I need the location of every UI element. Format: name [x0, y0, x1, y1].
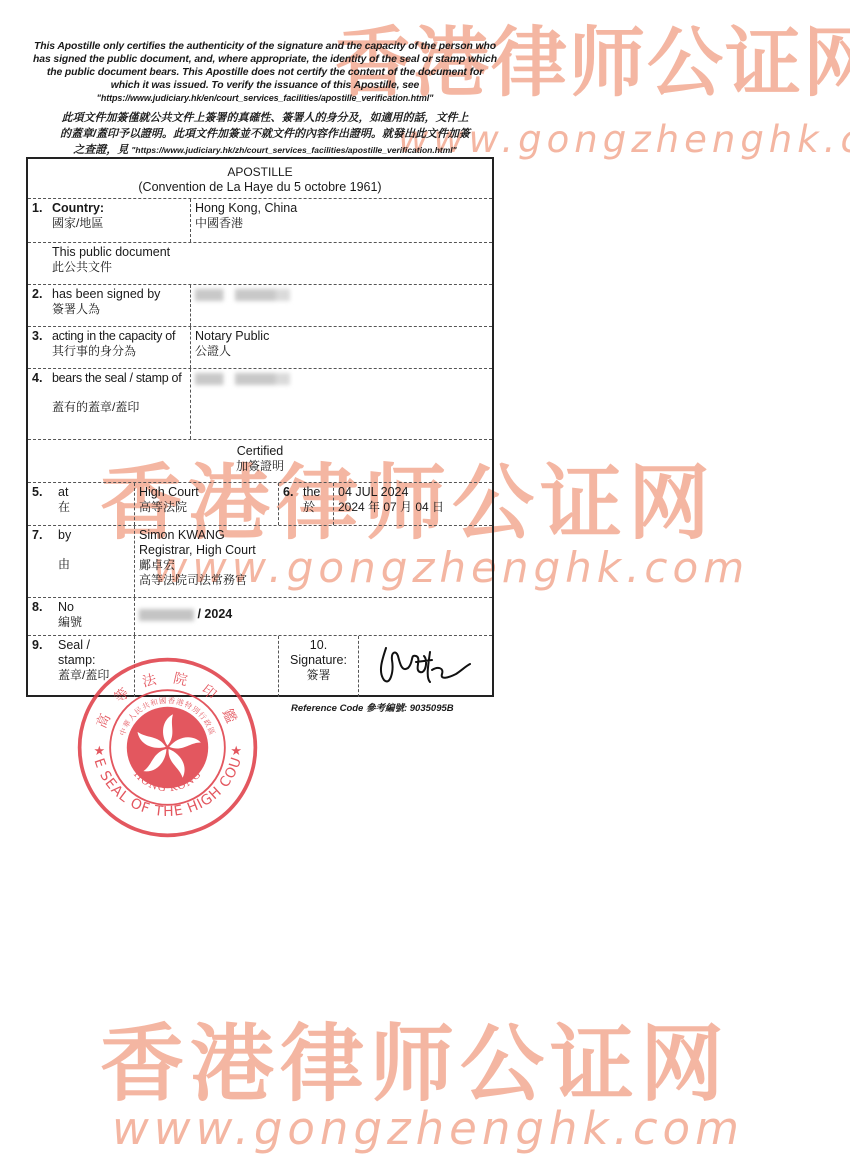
preamble-zh-prefix: 之查證，見 [73, 144, 128, 156]
preamble-line: the public document bears. This Apostill… [30, 66, 500, 79]
field-label: Signature: [290, 653, 347, 667]
field-number: 4. [32, 371, 52, 437]
field-label-zh: 在 [58, 500, 130, 515]
date-value: 04 JUL 2024 [338, 485, 488, 500]
registrar-title-zh: 高等法院司法常務官 [139, 573, 488, 588]
reference-code: Reference Code 參考編號: 9035095B [291, 700, 454, 714]
apostille-subtitle: (Convention de La Haye du 5 octobre 1961… [28, 180, 492, 194]
field-signed-by: 2. has been signed by 簽署人為 [28, 285, 492, 327]
certified-heading: Certified 加簽證明 [28, 440, 492, 483]
preamble-zh-line: 此項文件加簽僅就公共文件上簽署的真確性、簽署人的身分及，如適用的話，文件上 [30, 110, 500, 126]
certified-label: Certified [236, 444, 284, 459]
date-value-zh: 2024 年 07 月 04 日 [338, 500, 488, 515]
field-number-no: 8. No 編號 / 2024 [28, 598, 492, 636]
field-capacity: 3. acting in the capacity of 其行事的身分為 Not… [28, 327, 492, 369]
field-label: acting in the capacity of [52, 329, 186, 344]
field-label: has been signed by [52, 287, 186, 302]
preamble-zh-line: 的蓋章/蓋印予以證明。此項文件加簽並不就文件的內容作出證明。就發出此文件加簽 [30, 126, 500, 142]
field-label: Country: [52, 201, 186, 216]
field-label: the [303, 485, 329, 500]
country-value-zh: 中國香港 [195, 216, 488, 231]
apostille-header: APOSTILLE (Convention de La Haye du 5 oc… [28, 159, 492, 199]
watermark-zh-bottom: 香港律师公证网 [100, 997, 730, 1118]
redacted-seal-owner [195, 373, 290, 385]
apostille-title: APOSTILLE [28, 165, 492, 179]
field-number: 7. [32, 528, 52, 595]
field-label: at [58, 485, 130, 500]
redacted-apostille-number [139, 609, 194, 621]
field-label: by [58, 528, 130, 543]
field-label-zh: 由 [58, 557, 130, 572]
capacity-value: Notary Public [195, 329, 488, 344]
registrar-name-zh: 鄺卓宏 [139, 558, 488, 573]
field-label: No [58, 600, 130, 615]
field-label-zh: 蓋有的蓋章/蓋印 [52, 400, 186, 415]
svg-text:★: ★ [230, 743, 242, 758]
field-label-zh: 於 [303, 500, 329, 515]
field-number: 8. [32, 600, 52, 633]
registrar-title: Registrar, High Court [139, 543, 488, 558]
field-by: 7. by 由 Simon KWANG Registrar, High Cour… [28, 526, 492, 598]
field-public-document: This public document 此公共文件 [28, 243, 492, 285]
registrar-name: Simon KWANG [139, 528, 488, 543]
high-court-seal-icon: 高 等 法 院 印 鑑 中華人民共和國香港特別行政區 HONG KONG THE… [75, 655, 260, 840]
preamble-zh-line: 之查證，見 "https://www.judiciary.hk/zh/court… [30, 142, 500, 158]
place-value-zh: 高等法院 [139, 500, 274, 515]
field-label: bears the seal / stamp of [52, 371, 186, 386]
preamble-line: has signed the public document, and, whe… [30, 53, 500, 66]
field-number: 9. [32, 638, 52, 695]
place-value: High Court [139, 485, 274, 500]
capacity-value-zh: 公證人 [195, 344, 488, 359]
field-number: 10. [310, 638, 327, 652]
watermark-url-bottom: www.gongzhenghk.com [112, 1102, 744, 1155]
preamble-chinese: 此項文件加簽僅就公共文件上簽署的真確性、簽署人的身分及，如適用的話，文件上 的蓋… [30, 110, 500, 158]
field-number: 2. [32, 287, 52, 324]
field-number: 5. [32, 485, 52, 523]
preamble-line: which it was issued. To verify the issua… [30, 79, 500, 92]
field-at-and-date: 5. at 在 High Court 高等法院 6. the 於 04 JUL … [28, 483, 492, 526]
redacted-signer-name [195, 289, 290, 301]
field-country: 1. Country: 國家/地區 Hong Kong, China 中國香港 [28, 199, 492, 243]
field-number: 1. [32, 201, 52, 240]
field-label-zh: 此公共文件 [52, 260, 488, 275]
country-value: Hong Kong, China [195, 201, 488, 216]
field-number: 6. [283, 485, 303, 523]
field-label-zh: 簽署 [283, 668, 354, 683]
svg-text:★: ★ [94, 743, 106, 758]
verification-url-en: "https://www.judiciary.hk/en/court_servi… [30, 92, 500, 105]
field-label-zh: 簽署人為 [52, 302, 186, 317]
field-seal-of: 4. bears the seal / stamp of 蓋有的蓋章/蓋印 [28, 369, 492, 440]
handwritten-signature [372, 642, 472, 690]
preamble-line: This Apostille only certifies the authen… [30, 40, 500, 53]
field-label: This public document [52, 245, 488, 260]
verification-url-zh: "https://www.judiciary.hk/zh/court_servi… [131, 145, 456, 155]
apostille-number-year: / 2024 [197, 607, 232, 621]
field-label-zh: 其行事的身分為 [52, 344, 186, 359]
field-number: 3. [32, 329, 52, 366]
field-label-zh: 編號 [58, 615, 130, 630]
preamble-english: This Apostille only certifies the authen… [30, 40, 500, 105]
apostille-certificate: APOSTILLE (Convention de La Haye du 5 oc… [26, 157, 494, 697]
field-label-zh: 國家/地區 [52, 216, 186, 231]
certified-label-zh: 加簽證明 [236, 459, 284, 474]
